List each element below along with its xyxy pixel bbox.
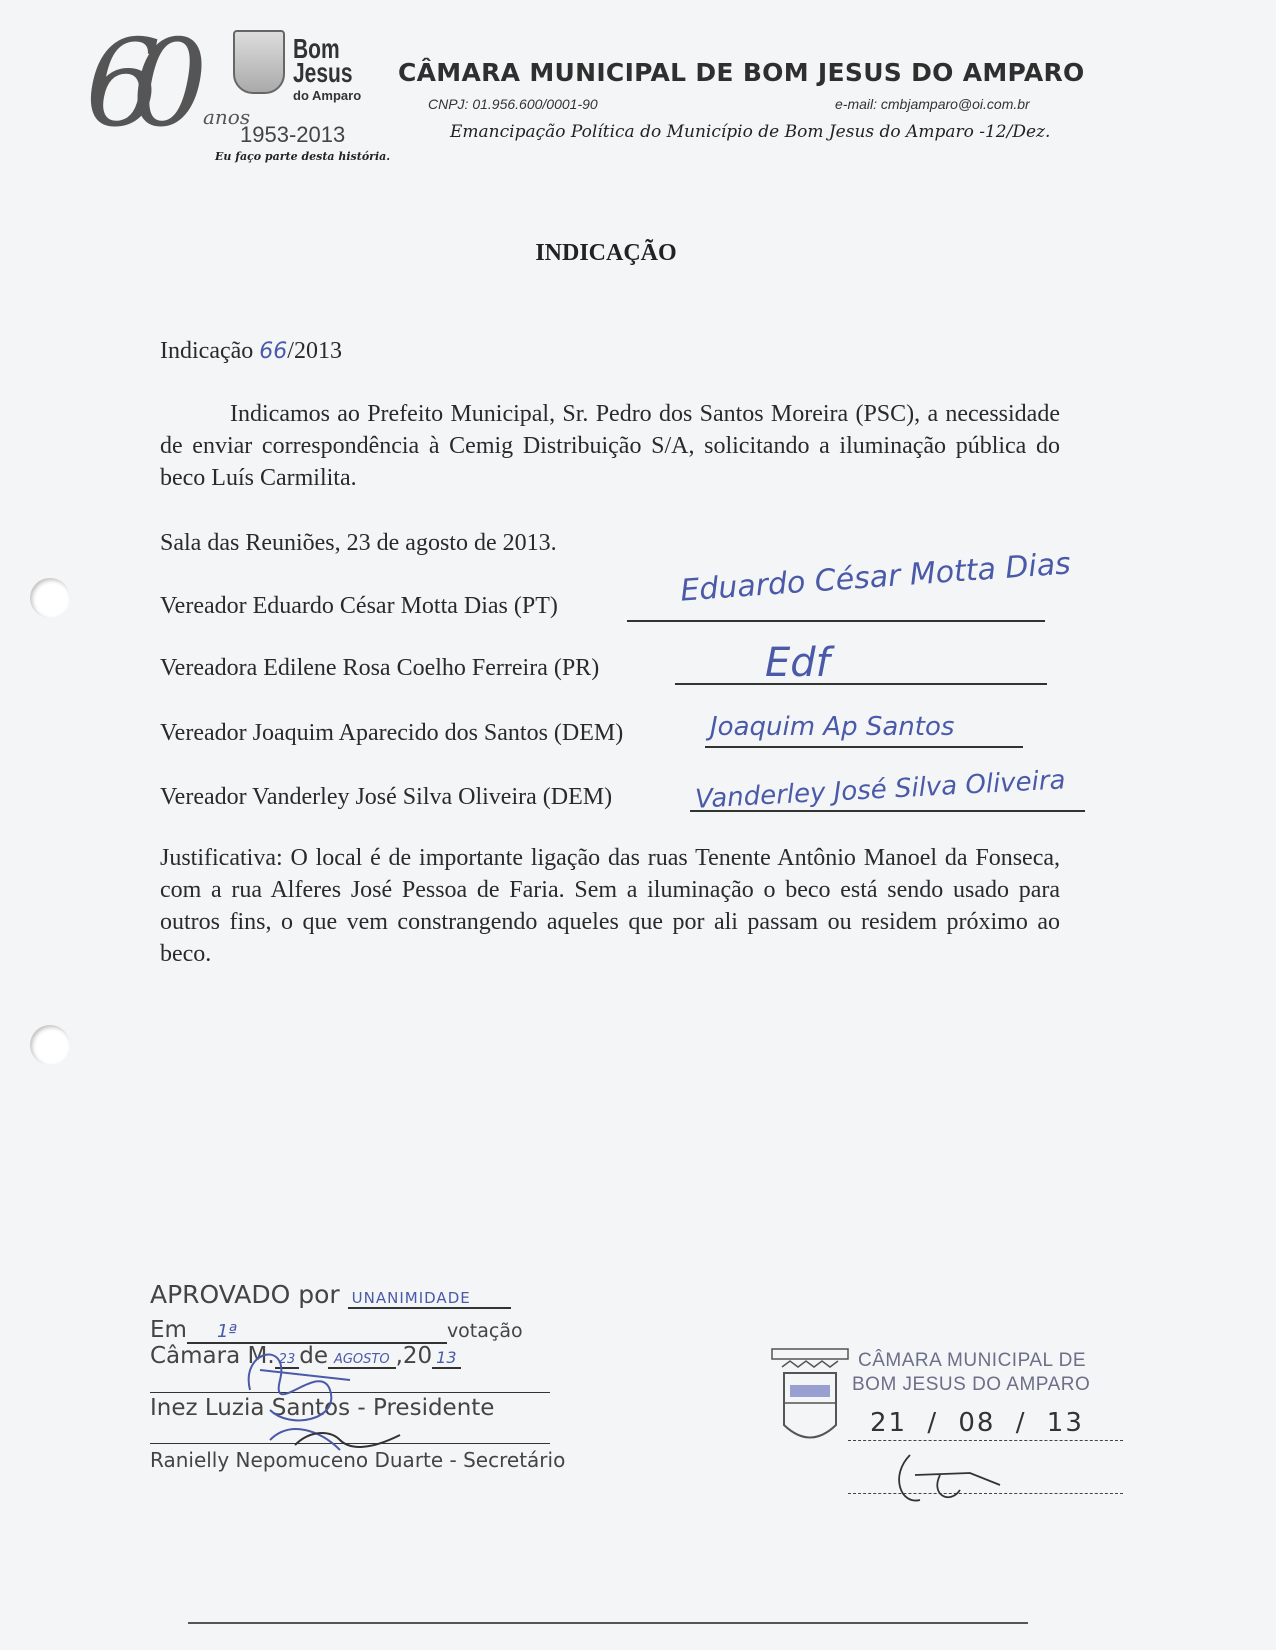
approved-by-value: UNANIMIDADE	[348, 1289, 511, 1309]
votacao-label: votação	[447, 1320, 523, 1342]
punch-hole	[30, 578, 70, 618]
em-label: Em	[150, 1317, 187, 1343]
indication-year: /2013	[287, 338, 342, 364]
email: e-mail: cmbjamparo@oi.com.br	[835, 96, 1030, 112]
logo-name-line2: Jesus	[293, 61, 353, 85]
stamp-month: 08	[958, 1408, 995, 1438]
signatory-label: Vereadora Edilene Rosa Coelho Ferreira (…	[160, 652, 599, 684]
approved-by-label: APROVADO por	[150, 1280, 340, 1309]
indication-number: Indicação 66/2013	[160, 335, 342, 368]
justification-paragraph: Justificativa: O local é de importante l…	[160, 842, 1060, 970]
logo-sixty: 60	[85, 25, 178, 145]
indication-paragraph: Indicamos ao Prefeito Municipal, Sr. Ped…	[160, 398, 1060, 494]
logo-slogan: Eu faço parte desta história.	[215, 150, 390, 163]
stamp-date: 21 / 08 / 13	[870, 1408, 1084, 1438]
cnpj: CNPJ: 01.956.600/0001-90	[428, 96, 598, 112]
emancipation-line: Emancipação Política do Município de Bom…	[450, 122, 1050, 142]
date-separator: /	[927, 1408, 938, 1438]
signatory-label: Vereador Vanderley José Silva Oliveira (…	[160, 781, 612, 813]
signature: Joaquim Ap Santos	[710, 712, 954, 742]
stamp-date-line	[848, 1440, 1123, 1441]
document-title: INDICAÇÃO	[0, 240, 1212, 267]
signature-line	[675, 683, 1047, 685]
place-date: Sala das Reuniões, 23 de agosto de 2013.	[160, 527, 557, 559]
signature: Vanderley José Silva Oliveira	[694, 765, 1066, 814]
signatory-label: Vereador Eduardo César Motta Dias (PT)	[160, 590, 558, 622]
logo-name-line3: do Amparo	[293, 88, 361, 103]
signature: Eduardo César Motta Dias	[679, 546, 1072, 608]
date-separator: /	[1016, 1408, 1027, 1438]
logo-years: 1953-2013	[240, 122, 345, 148]
signatory-label: Vereador Joaquim Aparecido dos Santos (D…	[160, 717, 623, 749]
stamp-signature-icon	[880, 1445, 1010, 1515]
stamp-year: 13	[1047, 1408, 1084, 1438]
stamp-line1: CÂMARA MUNICIPAL DE	[858, 1350, 1086, 1372]
year-value: 13	[432, 1348, 460, 1369]
stamp-line2: BOM JESUS DO AMPARO	[852, 1374, 1090, 1396]
coat-of-arms-icon	[770, 1345, 850, 1455]
signature-line	[705, 746, 1023, 748]
footer-divider	[188, 1622, 1028, 1624]
indication-label: Indicação	[160, 338, 253, 364]
signature-line	[627, 620, 1045, 622]
logo-town-name: Bom Jesus	[293, 37, 353, 85]
secretary-signature-icon	[290, 1425, 410, 1455]
punch-hole	[30, 1025, 70, 1065]
signature: Edf	[765, 640, 830, 686]
approved-by-row: APROVADO por UNANIMIDADE	[150, 1280, 511, 1309]
coat-of-arms-icon	[233, 30, 285, 94]
year-prefix: ,20	[396, 1343, 433, 1369]
institution-title: CÂMARA MUNICIPAL DE BOM JESUS DO AMPARO	[398, 58, 1085, 87]
handwritten-number: 66	[259, 339, 287, 364]
stamp-day: 21	[870, 1408, 907, 1438]
